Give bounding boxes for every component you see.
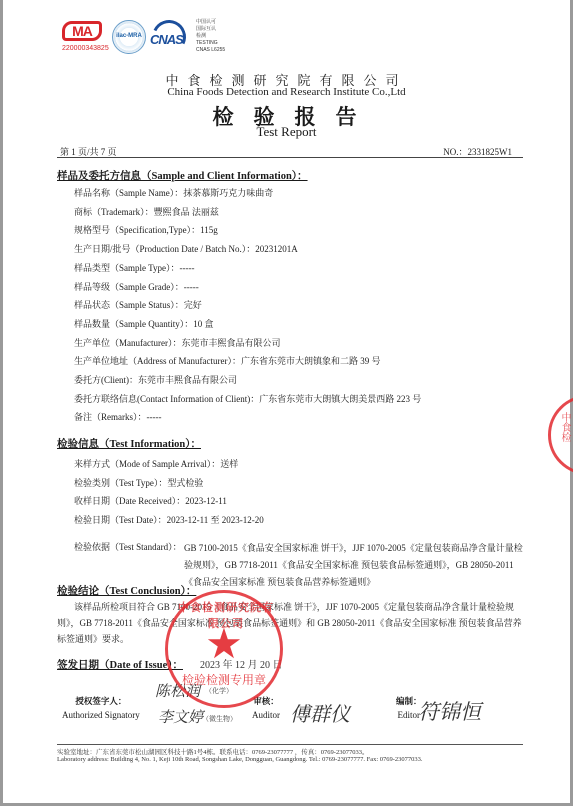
certification-logos: MA 220000343825 ilac-MRA CNAS 中国认可 国际互认 … [62, 18, 225, 62]
field-label: 样品等级（Sample Grade）： [74, 282, 184, 292]
authorized-signature-1-note: （化学） [205, 686, 233, 696]
field-label: 委托方(Client)： [74, 375, 138, 385]
issue-date-title: 签发日期（Date of Issue）： [57, 657, 183, 672]
field-value: 抹茶慕斯巧克力味曲奇 [183, 188, 273, 198]
info-field-row: 规格型号（Specification,Type）：115g [74, 223, 218, 236]
authorized-signatory-label: 授权签字人： Authorized Signatory [62, 695, 140, 720]
info-field-row: 生产日期/批号（Production Date / Batch No.）：202… [74, 242, 298, 255]
field-value: 广东省东莞市大朗镇象和二路 39 号 [241, 356, 381, 366]
cma-logo: MA 220000343825 [62, 18, 106, 62]
field-value: 115g [200, 225, 218, 235]
cma-mark-icon: MA [62, 21, 102, 41]
auditor-signature: 傅群仪 [290, 698, 350, 727]
lab-address-en: Laboratory address: Building 4, No. 1, K… [57, 756, 423, 763]
sample-info-title: 样品及委托方信息（Sample and Client Information）： [57, 168, 308, 183]
cnas-side-line: CNAS L6255 [196, 47, 225, 54]
field-value: ----- [179, 263, 194, 273]
field-label: 样品类型（Sample Type）： [74, 263, 179, 273]
field-label: 收样日期（Date Received）： [74, 496, 185, 506]
test-standard-text: GB 7100-2015《食品安全国家标准 饼干》，JJF 1070-2005《… [184, 540, 529, 591]
field-value: 东莞市丰熙食品有限公司 [181, 338, 280, 348]
authorized-signature-2-note: （微生物） [202, 714, 237, 724]
cnas-side-text: 中国认可 国际互认 检测 TESTING CNAS L6255 [196, 19, 225, 54]
field-label: 样品数量（Sample Quantity）： [74, 319, 193, 329]
info-field-row: 商标（Trademark）：豐熙食品 法丽兹 [74, 205, 219, 218]
field-value: 东莞市丰熙食品有限公司 [138, 375, 237, 385]
field-label: 生产单位（Manufacturer）： [74, 338, 181, 348]
field-value: 2023-12-11 [185, 496, 227, 506]
company-name-en: China Foods Detection and Research Insti… [0, 86, 573, 98]
ilac-label: ilac-MRA [113, 33, 145, 39]
report-title-en: Test Report [0, 124, 573, 140]
conclusion-title: 检验结论（Test Conclusion）： [57, 583, 196, 598]
field-label: 检验类别（Test Type）： [74, 478, 167, 488]
field-value: 豐熙食品 法丽兹 [154, 207, 219, 217]
field-value: 20231201A [255, 244, 298, 254]
field-value: 型式检验 [167, 478, 203, 488]
authorized-signature-1: 陈松润 [155, 680, 200, 701]
field-label: 委托方联络信息(Contact Information of Client)： [74, 394, 259, 404]
field-value: 10 盒 [193, 319, 213, 329]
field-value: ----- [147, 412, 162, 422]
info-field-row: 样品名称（Sample Name）：抹茶慕斯巧克力味曲奇 [74, 186, 273, 199]
field-value: ----- [184, 282, 199, 292]
header-divider [57, 157, 523, 158]
field-label: 生产日期/批号（Production Date / Batch No.）： [74, 244, 255, 254]
field-label: 备注（Remarks）： [74, 412, 147, 422]
field-label: 规格型号（Specification,Type）： [74, 225, 200, 235]
cnas-side-line: 国际互认 [196, 26, 225, 33]
info-field-row: 生产单位（Manufacturer）：东莞市丰熙食品有限公司 [74, 336, 281, 349]
conclusion-text: 该样品所检项目符合 GB 7100-2015《食品安全国家标准 饼干》，JJF … [57, 599, 527, 647]
editor-signature: 符锦恒 [418, 696, 481, 726]
field-value: 完好 [184, 300, 202, 310]
cma-number: 220000343825 [62, 45, 109, 52]
info-field-row: 样品等级（Sample Grade）：----- [74, 280, 199, 293]
lab-address-cn: 实验室地址：广东省东莞市松山湖园区科技十路1号4栋。联系电话：0769-2307… [57, 747, 368, 756]
test-info-title: 检验信息（Test Information）： [57, 436, 201, 451]
authorized-signatory-cn: 授权签字人： [62, 695, 140, 707]
field-label: 来样方式（Mode of Sample Arrival）： [74, 459, 220, 469]
field-value: 送样 [220, 459, 238, 469]
cnas-side-line: TESTING [196, 40, 225, 47]
auditor-en: Auditor [252, 710, 280, 720]
info-field-row: 生产单位地址（Address of Manufacturer）：广东省东莞市大朗… [74, 354, 380, 367]
cnas-label: CNAS [150, 32, 183, 47]
ilac-mra-logo: ilac-MRA [112, 20, 146, 54]
info-field-row: 检验日期（Test Date）：2023-12-11 至 2023-12-20 [74, 513, 264, 526]
info-field-row: 收样日期（Date Received）：2023-12-11 [74, 494, 227, 507]
info-field-row: 来样方式（Mode of Sample Arrival）：送样 [74, 457, 238, 470]
footer-divider [57, 744, 523, 745]
field-value: 2023-12-11 至 2023-12-20 [167, 515, 264, 525]
info-field-row: 样品类型（Sample Type）：----- [74, 261, 194, 274]
field-label: 样品状态（Sample Status）： [74, 300, 184, 310]
field-label: 生产单位地址（Address of Manufacturer）： [74, 356, 241, 366]
field-label: 样品名称（Sample Name）： [74, 188, 183, 198]
info-field-row: 委托方(Client)：东莞市丰熙食品有限公司 [74, 373, 237, 386]
info-field-row: 样品状态（Sample Status）：完好 [74, 298, 202, 311]
field-value: 广东省东莞市大朗镇大朗美景西路 223 号 [259, 394, 421, 404]
info-field-row: 委托方联络信息(Contact Information of Client)：广… [74, 392, 421, 405]
info-field-row: 样品数量（Sample Quantity）：10 盒 [74, 317, 214, 330]
cnas-side-line: 中国认可 [196, 19, 225, 26]
cnas-side-line: 检测 [196, 33, 225, 40]
auditor-label: 审核： Auditor [252, 695, 280, 720]
info-field-row: 检验类别（Test Type）：型式检验 [74, 476, 203, 489]
authorized-signatory-en: Authorized Signatory [62, 710, 140, 720]
info-field-row: 备注（Remarks）：----- [74, 410, 162, 423]
cnas-logo: CNAS [150, 20, 190, 54]
field-label: 商标（Trademark）： [74, 207, 154, 217]
authorized-signature-2: 李文婷 [158, 706, 203, 727]
issue-date-value: 2023 年 12 月 20 日 [200, 656, 283, 671]
test-standard-label: 检验依据（Test Standard）： [74, 540, 182, 553]
auditor-cn: 审核： [252, 695, 280, 707]
field-label: 检验日期（Test Date）： [74, 515, 167, 525]
